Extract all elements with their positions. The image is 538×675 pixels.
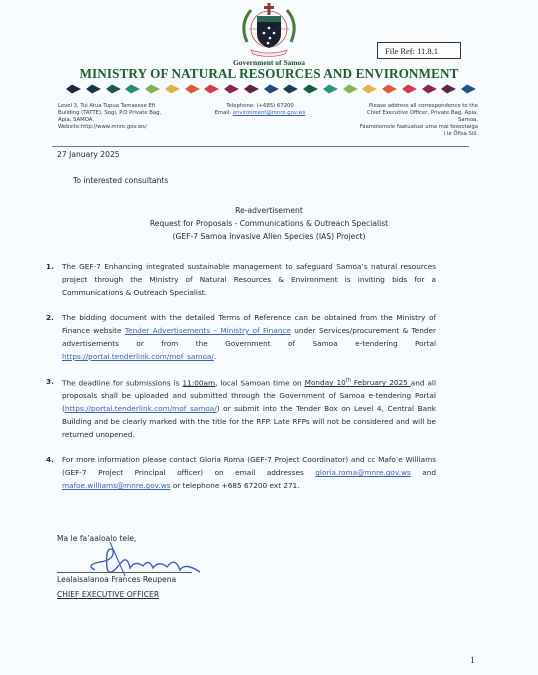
diamond-icon	[66, 84, 81, 94]
email-link[interactable]: environment@mnre.gov.ws	[233, 110, 306, 116]
diamond-icon	[323, 84, 338, 94]
letter-title: Re-advertisement Request for Proposals -…	[0, 204, 538, 243]
item-text: , local Samoan time on	[215, 378, 305, 387]
tenderlink-portal-link[interactable]: https://portal.tenderlink.com/mof_samoa/	[62, 352, 214, 361]
diamond-icon	[204, 84, 219, 94]
diamond-icon	[224, 84, 239, 94]
diamond-icon	[185, 84, 200, 94]
email-gloria-link[interactable]: gloria.roma@mnre.gov.ws	[315, 468, 410, 477]
item-number: 4.	[46, 453, 54, 466]
samoa-crest-icon	[237, 2, 301, 60]
correspondence-line: i le Ōfisa Sili.	[355, 131, 478, 138]
address-left: Level 3, Tui Atua Tupua Tamasese Efi Bui…	[58, 103, 178, 131]
item-number: 2.	[46, 311, 54, 324]
signature-icon	[75, 540, 210, 580]
diamond-icon	[362, 84, 377, 94]
diamond-icon	[244, 84, 259, 94]
item-text: The GEF-7 Enhancing integrated sustainab…	[62, 262, 436, 297]
diamond-icon	[106, 84, 121, 94]
title-line: Request for Proposals - Communications &…	[0, 217, 538, 230]
diamond-icon	[402, 84, 417, 94]
diamond-icon	[145, 84, 160, 94]
correspondence-line: Faamolemole faatuatusi uma mai fesootaig…	[355, 124, 478, 131]
website-line: Website:http://www.mnre.gov.ws/	[58, 124, 178, 131]
contact-info: Telephone: (+685) 67200 Email: environme…	[200, 103, 320, 117]
mof-tender-link[interactable]: Tender Advertisements – Ministry of Fina…	[125, 326, 291, 335]
diamond-icon	[86, 84, 101, 94]
list-item: 2. The bidding document with the detaile…	[46, 311, 436, 363]
correspondence-line: Samoa.	[355, 117, 478, 124]
diamond-icon	[461, 84, 476, 94]
address-line: Level 3, Tui Atua Tupua Tamasese Efi	[58, 103, 178, 110]
address-line: Building (TATTE), Sogi, P.O Private Bag,	[58, 110, 178, 117]
correspondence-line: Please address all correspondence to the	[355, 103, 478, 110]
item-text: The deadline for submissions is	[62, 378, 182, 387]
list-item: 3. The deadline for submissions is 11:00…	[46, 375, 436, 441]
diamond-icon	[264, 84, 279, 94]
ministry-name: MINISTRY OF NATURAL RESOURCES AND ENVIRO…	[0, 66, 538, 82]
item-number: 1.	[46, 260, 54, 273]
title-line: Re-advertisement	[0, 204, 538, 217]
file-ref-box: File Ref: 11.8.1	[377, 42, 461, 59]
letter-date: 27 January 2025	[57, 150, 120, 159]
signature-line	[57, 572, 192, 573]
list-item: 1. The GEF-7 Enhancing integrated sustai…	[46, 260, 436, 299]
address-right: Please address all correspondence to the…	[355, 103, 478, 138]
page-number: 1	[470, 655, 475, 665]
tenderlink-portal-link[interactable]: https://portal.tenderlink.com/mof_samoa/	[65, 404, 217, 413]
diamond-icon	[283, 84, 298, 94]
deadline-time: 11:00am	[182, 378, 215, 387]
email-mafoe-link[interactable]: mafoe.williams@mnre.gov.ws	[62, 481, 171, 490]
item-text: or telephone +685 67200 ext 271.	[171, 481, 300, 490]
letter-items: 1. The GEF-7 Enhancing integrated sustai…	[30, 260, 436, 504]
deadline-day: Monday 10	[305, 378, 346, 387]
deadline-date: Monday 10th February 2025	[305, 378, 411, 387]
header-divider	[52, 146, 469, 147]
diamond-icon	[303, 84, 318, 94]
item-text: .	[214, 352, 216, 361]
item-number: 3.	[46, 375, 54, 388]
signer-name: Lealaisalanoa Frances Reupena	[57, 575, 176, 584]
address-line: Apia, SAMOA.	[58, 117, 178, 124]
deadline-month: February 2025	[351, 378, 411, 387]
decorative-diamond-row	[66, 84, 476, 96]
signer-position: CHIEF EXECUTIVE OFFICER	[57, 590, 159, 599]
diamond-icon	[343, 84, 358, 94]
diamond-icon	[422, 84, 437, 94]
diamond-icon	[165, 84, 180, 94]
telephone: Telephone: (+685) 67200	[200, 103, 320, 110]
email-label: Email:	[215, 110, 233, 116]
item-text: and	[411, 468, 436, 477]
list-item: 4. For more information please contact G…	[46, 453, 436, 492]
diamond-icon	[382, 84, 397, 94]
correspondence-line: Chief Executive Officer, Private Bag, Ap…	[355, 110, 478, 117]
recipient: To interested consultants	[73, 176, 168, 185]
title-line: (GEF-7 Samoa Invasive Alien Species (IAS…	[0, 230, 538, 243]
diamond-icon	[125, 84, 140, 94]
diamond-icon	[441, 84, 456, 94]
